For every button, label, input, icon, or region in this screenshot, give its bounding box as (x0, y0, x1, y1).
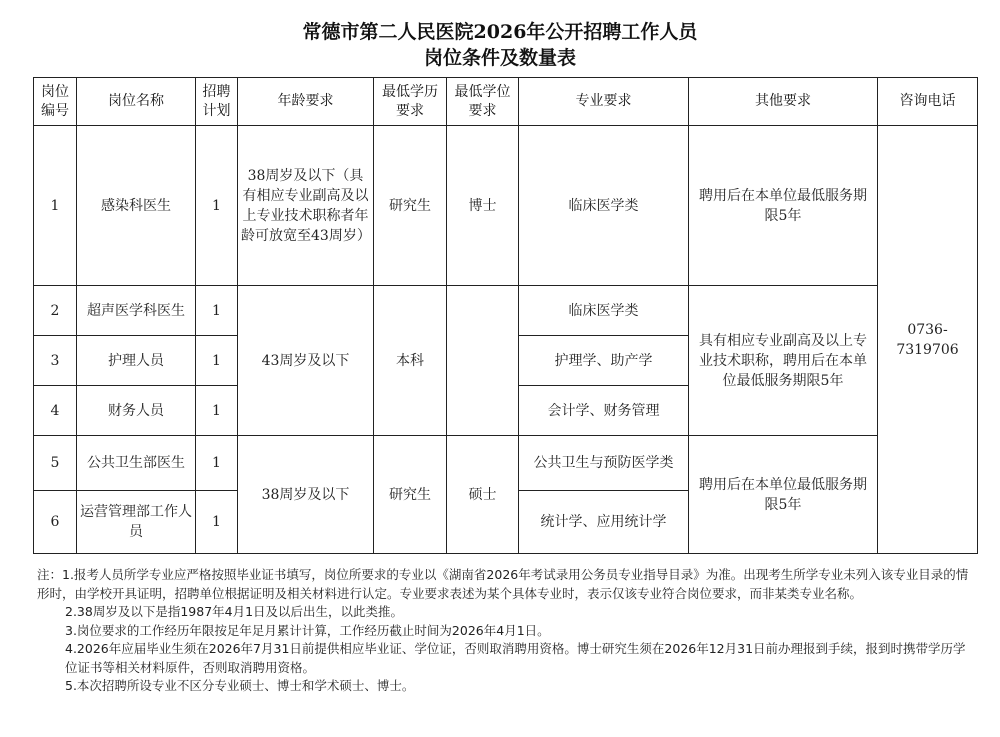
header-degree: 最低学位要求 (447, 78, 519, 126)
cell-code: 3 (34, 336, 77, 386)
cell-plan: 1 (196, 491, 238, 554)
cell-code: 1 (34, 126, 77, 286)
header-row: 岗位编号 岗位名称 招聘计划 年龄要求 最低学历要求 最低学位要求 专业要求 其… (34, 78, 978, 126)
document-title: 常德市第二人民医院2026年公开招聘工作人员 (0, 17, 1000, 44)
cell-name: 运营管理部工作人员 (77, 491, 196, 554)
cell-code: 5 (34, 436, 77, 491)
cell-education: 本科 (374, 286, 447, 436)
cell-major: 统计学、应用统计学 (519, 491, 689, 554)
header-name: 岗位名称 (77, 78, 196, 126)
cell-other: 聘用后在本单位最低服务期限5年 (689, 126, 878, 286)
header-plan: 招聘计划 (196, 78, 238, 126)
document-subtitle: 岗位条件及数量表 (0, 43, 1000, 70)
cell-phone: 0736-7319706 (878, 126, 978, 554)
cell-age: 43周岁及以下 (238, 286, 374, 436)
cell-education: 研究生 (374, 126, 447, 286)
cell-code: 4 (34, 386, 77, 436)
cell-major: 护理学、助产学 (519, 336, 689, 386)
cell-other: 具有相应专业副高及以上专业技术职称，聘用后在本单位最低服务期限5年 (689, 286, 878, 436)
cell-degree: 硕士 (447, 436, 519, 554)
header-major: 专业要求 (519, 78, 689, 126)
cell-name: 超声医学科医生 (77, 286, 196, 336)
header-code: 岗位编号 (34, 78, 77, 126)
cell-major: 公共卫生与预防医学类 (519, 436, 689, 491)
cell-age: 38周岁及以下 (238, 436, 374, 554)
cell-plan: 1 (196, 436, 238, 491)
header-age: 年龄要求 (238, 78, 374, 126)
header-phone: 咨询电话 (878, 78, 978, 126)
cell-plan: 1 (196, 336, 238, 386)
cell-age: 38周岁及以下（具有相应专业副高及以上专业技术职称者年龄可放宽至43周岁） (238, 126, 374, 286)
table-row: 1 感染科医生 1 38周岁及以下（具有相应专业副高及以上专业技术职称者年龄可放… (34, 126, 978, 286)
cell-name: 感染科医生 (77, 126, 196, 286)
note-2: 2.38周岁及以下是指1987年4月1日及以后出生，以此类推。 (37, 603, 977, 622)
table-row: 2 超声医学科医生 1 43周岁及以下 本科 临床医学类 具有相应专业副高及以上… (34, 286, 978, 336)
cell-plan: 1 (196, 386, 238, 436)
cell-name: 护理人员 (77, 336, 196, 386)
cell-name: 财务人员 (77, 386, 196, 436)
cell-major: 会计学、财务管理 (519, 386, 689, 436)
header-other: 其他要求 (689, 78, 878, 126)
cell-major: 临床医学类 (519, 286, 689, 336)
table-row: 5 公共卫生部医生 1 38周岁及以下 研究生 硕士 公共卫生与预防医学类 聘用… (34, 436, 978, 491)
cell-education: 研究生 (374, 436, 447, 554)
header-education: 最低学历要求 (374, 78, 447, 126)
cell-other: 聘用后在本单位最低服务期限5年 (689, 436, 878, 554)
cell-degree: 博士 (447, 126, 519, 286)
note-4: 4.2026年应届毕业生须在2026年7月31日前提供相应毕业证、学位证，否则取… (37, 640, 977, 677)
cell-plan: 1 (196, 126, 238, 286)
cell-code: 2 (34, 286, 77, 336)
note-5: 5.本次招聘所设专业不区分专业硕士、博士和学术硕士、博士。 (37, 677, 977, 696)
note-3: 3.岗位要求的工作经历年限按足年足月累计计算，工作经历截止时间为2026年4月1… (37, 622, 977, 641)
cell-plan: 1 (196, 286, 238, 336)
cell-code: 6 (34, 491, 77, 554)
cell-degree (447, 286, 519, 436)
cell-name: 公共卫生部医生 (77, 436, 196, 491)
note-1: 注：1.报考人员所学专业应严格按照毕业证书填写，岗位所要求的专业以《湖南省202… (37, 566, 977, 603)
positions-table: 岗位编号 岗位名称 招聘计划 年龄要求 最低学历要求 最低学位要求 专业要求 其… (33, 77, 978, 554)
cell-major: 临床医学类 (519, 126, 689, 286)
notes-section: 注：1.报考人员所学专业应严格按照毕业证书填写，岗位所要求的专业以《湖南省202… (37, 566, 977, 696)
